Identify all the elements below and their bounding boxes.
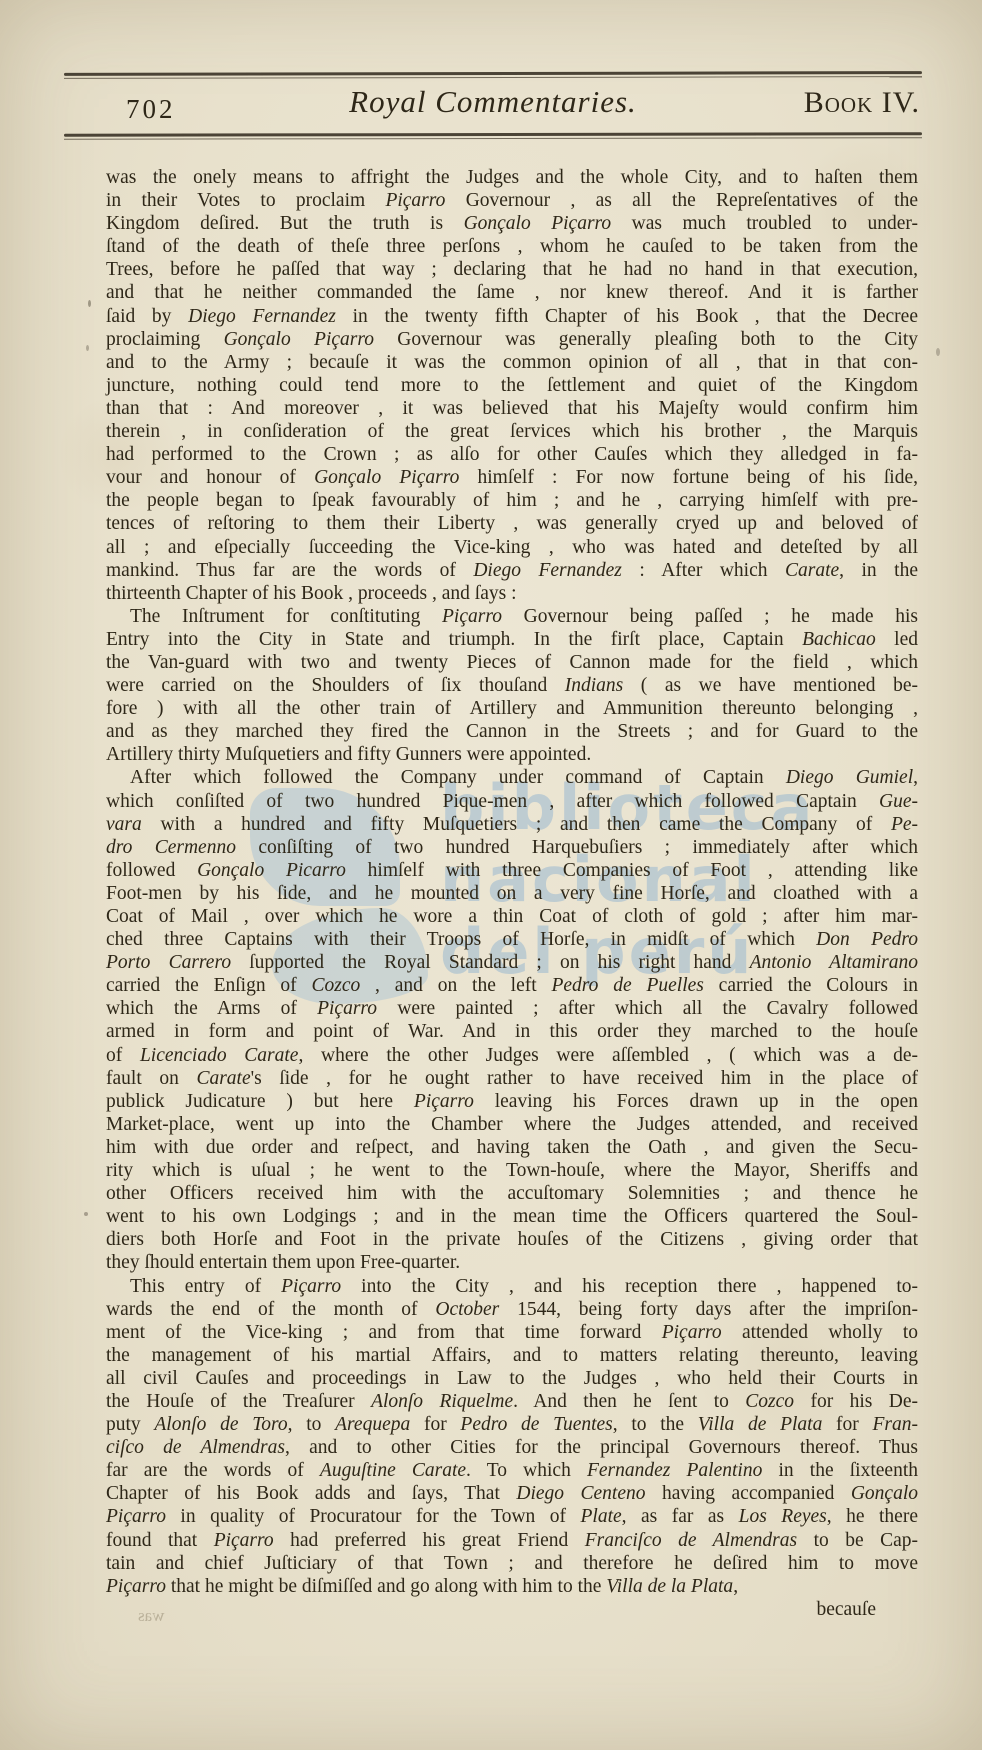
text-line: Chapter of his Book adds and ſays, That …: [106, 1482, 918, 1505]
text-line: Foot-men by his ſide, and he mounted on …: [106, 882, 918, 905]
ink-speck: [88, 300, 91, 307]
text-line: The Inſtrument for conſtituting Piçarro …: [106, 605, 918, 628]
book-page-scan: biblioteca nacional del perú 702 Royal C…: [0, 0, 982, 1750]
text-line: tences of reſtoring to them their Libert…: [106, 512, 918, 535]
text-line: therein , in conſideration of the great …: [106, 420, 918, 443]
running-title: Royal Commentaries.: [64, 84, 922, 120]
text-line: far are the words of Auguſtine Carate. T…: [106, 1459, 918, 1482]
text-line: wards the end of the month of October 15…: [106, 1298, 918, 1321]
text-line: all civil Cauſes and proceedings in Law …: [106, 1367, 918, 1390]
ink-speck: [936, 348, 940, 356]
text-line: After which followed the Company under c…: [106, 766, 918, 789]
text-line: diers both Horſe and Foot in the private…: [106, 1228, 918, 1251]
text-line: Porto Carrero ſupported the Royal Standa…: [106, 951, 918, 974]
text-line: which conſiſted of two hundred Pique-men…: [106, 790, 918, 813]
text-line: were carried on the Shoulders of ſix tho…: [106, 674, 918, 697]
text-line: was the onely means to affright the Judg…: [106, 166, 918, 189]
text-line: rity which is uſual ; he went to the Tow…: [106, 1159, 918, 1182]
book-label: Book IV.: [804, 86, 920, 120]
catchword: becauſe: [106, 1598, 918, 1621]
text-line: publick Judicature ) but here Piçarro le…: [106, 1090, 918, 1113]
text-line: vour and honour of Gonçalo Piçarro himſe…: [106, 466, 918, 489]
text-line: thirteenth Chapter of his Book , proceed…: [106, 582, 918, 605]
text-line: This entry of Piçarro into the City , an…: [106, 1275, 918, 1298]
text-line: than that : And moreover , it was believ…: [106, 397, 918, 420]
text-line: vara with a hundred and fifty Muſquetier…: [106, 813, 918, 836]
text-line: puty Alonſo de Toro, to Arequepa for Ped…: [106, 1413, 918, 1436]
text-line: other Officers received him with the acc…: [106, 1182, 918, 1205]
text-line: of Licenciado Carate, where the other Ju…: [106, 1044, 918, 1067]
text-line: tain and chief Juſticiary of that Town ;…: [106, 1552, 918, 1575]
text-line: Trees, before he paſſed that way ; decla…: [106, 258, 918, 281]
text-line: ciſco de Almendras, and to other Cities …: [106, 1436, 918, 1459]
text-line: Coat of Mail , over which he wore a thin…: [106, 905, 918, 928]
text-line: dro Cermenno conſiſting of two hundred H…: [106, 836, 918, 859]
text-line: in their Votes to proclaim Piçarro Gover…: [106, 189, 918, 212]
text-line: Artillery thirty Muſquetiers and fifty G…: [106, 743, 918, 766]
text-line: all ; and eſpecially ſucceeding the Vice…: [106, 536, 918, 559]
ink-speck: [84, 1212, 88, 1216]
text-line: carried the Enſign of Cozco , and on the…: [106, 974, 918, 997]
ink-speck: [86, 345, 89, 351]
text-line: and as they marched they fired the Canno…: [106, 720, 918, 743]
text-line: Piçarro in quality of Procuratour for th…: [106, 1505, 918, 1528]
text-line: Piçarro that he might be diſmiſſed and g…: [106, 1575, 918, 1598]
text-line: found that Piçarro had preferred his gre…: [106, 1529, 918, 1552]
text-line: went to his own Lodgings ; and in the me…: [106, 1205, 918, 1228]
text-line: ſtand of the death of theſe three perſon…: [106, 235, 918, 258]
text-line: fault on Carate's ſide , for he ought ra…: [106, 1067, 918, 1090]
text-line: the management of his martial Affairs, a…: [106, 1344, 918, 1367]
text-line: followed Gonçalo Picarro himſelf with th…: [106, 859, 918, 882]
page-body: was the onely means to affright the Judg…: [106, 166, 918, 1621]
text-line: fore ) with all the other train of Artil…: [106, 697, 918, 720]
text-line: and that he neither commanded the ſame ,…: [106, 281, 918, 304]
text-line: they ſhould entertain them upon Free-qua…: [106, 1251, 918, 1274]
header-top-rule: [64, 71, 922, 79]
text-line: Entry into the City in State and triumph…: [106, 628, 918, 651]
text-line: the people began to ſpeak favourably of …: [106, 489, 918, 512]
text-line: and to the Army ; becauſe it was the com…: [106, 351, 918, 374]
text-line: had performed to the Crown ; as alſo for…: [106, 443, 918, 466]
text-line: armed in form and point of War. And in t…: [106, 1020, 918, 1043]
text-line: ched three Captains with their Troops of…: [106, 928, 918, 951]
text-line: proclaiming Gonçalo Piçarro Governour wa…: [106, 328, 918, 351]
text-line: the Houſe of the Treaſurer Alonſo Riquel…: [106, 1390, 918, 1413]
text-line: him with due order and reſpect, and havi…: [106, 1136, 918, 1159]
text-line: mankind. Thus far are the words of Diego…: [106, 559, 918, 582]
text-line: the Van-guard with two and twenty Pieces…: [106, 651, 918, 674]
text-line: Market-place, went up into the Chamber w…: [106, 1113, 918, 1136]
text-line: which the Arms of Piçarro were painted ;…: [106, 997, 918, 1020]
ghost-showthrough-text: was: [138, 1606, 164, 1626]
text-line: ſaid by Diego Fernandez in the twenty fi…: [106, 305, 918, 328]
text-line: Kingdom deſired. But the truth is Gonçal…: [106, 212, 918, 235]
text-line: ment of the Vice-king ; and from that ti…: [106, 1321, 918, 1344]
text-line: juncture, nothing could tend more to the…: [106, 374, 918, 397]
header-bottom-rule: [64, 132, 922, 139]
